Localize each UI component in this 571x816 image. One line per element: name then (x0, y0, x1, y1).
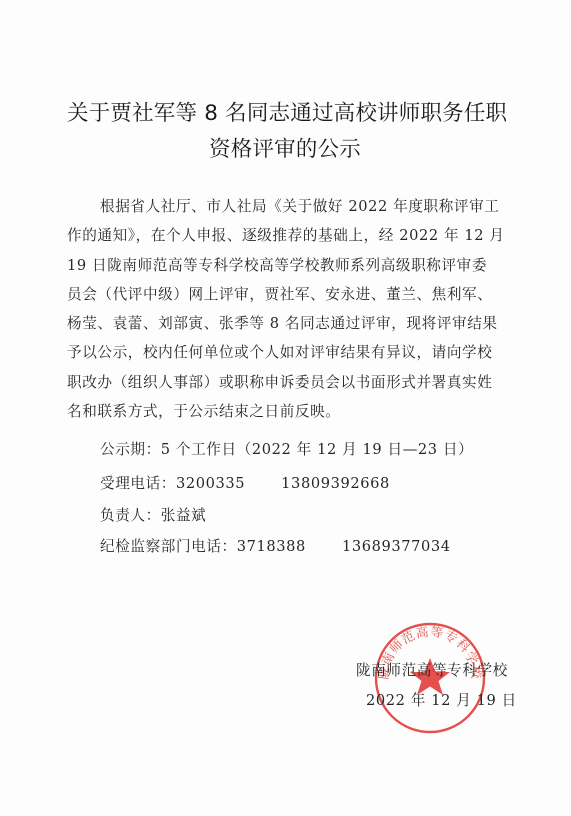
paragraph-line: 职改办（组织人事部）或职称申诉委员会以书面形式并署真实姓 (67, 368, 507, 397)
paragraph-line: 予以公示，校内任何单位或个人如对评审结果有异议，请向学校 (67, 338, 507, 367)
signature-date: 2022 年 12 月 19 日 (366, 689, 517, 710)
paragraph-line: 名和联系方式，于公示结束之日前反映。 (67, 397, 507, 426)
paragraph-line: 根据省人社厅、市人社局《关于做好 2022 年度职称评审工 (67, 192, 507, 221)
hotline-label: 受理电话：3200335 (100, 475, 245, 492)
signature-organization: 陇南师范高等专科学校 (356, 659, 508, 680)
discipline-mobile: 13689377034 (342, 538, 451, 555)
paragraph-line: 19 日陇南师范高等专科学校高等学校教师系列高级职称评审委 (67, 251, 507, 280)
title-line-2: 资格评审的公示 (60, 132, 510, 168)
discipline-hotline: 纪检监察部门电话：371838813689377034 (100, 537, 451, 557)
document-page: 关于贾社军等 8 名同志通过高校讲师职务任职 资格评审的公示 根据省人社厅、市人… (0, 0, 571, 816)
title-line-1: 关于贾社军等 8 名同志通过高校讲师职务任职 (67, 96, 510, 132)
paragraph-line: 作的通知》，在个人申报、逐级推荐的基础上，经 2022 年 12 月 (67, 221, 507, 250)
body-paragraph: 根据省人社厅、市人社局《关于做好 2022 年度职称评审工 作的通知》，在个人申… (67, 192, 507, 426)
discipline-label: 纪检监察部门电话：3718388 (100, 538, 306, 555)
hotline-mobile: 13809392668 (281, 475, 390, 492)
document-title: 关于贾社军等 8 名同志通过高校讲师职务任职 资格评审的公示 (60, 96, 510, 168)
hotline: 受理电话：320033513809392668 (100, 474, 390, 494)
paragraph-line: 杨莹、袁蕾、刘部寅、张季等 8 名同志通过评审，现将评审结果 (67, 309, 507, 338)
responsible-person: 负责人：张益斌 (100, 506, 206, 526)
paragraph-line: 员会（代评中级）网上评审，贾社军、安永进、董兰、焦利军、 (67, 280, 507, 309)
notice-period: 公示期：5 个工作日（2022 年 12 月 19 日—23 日） (100, 440, 473, 460)
